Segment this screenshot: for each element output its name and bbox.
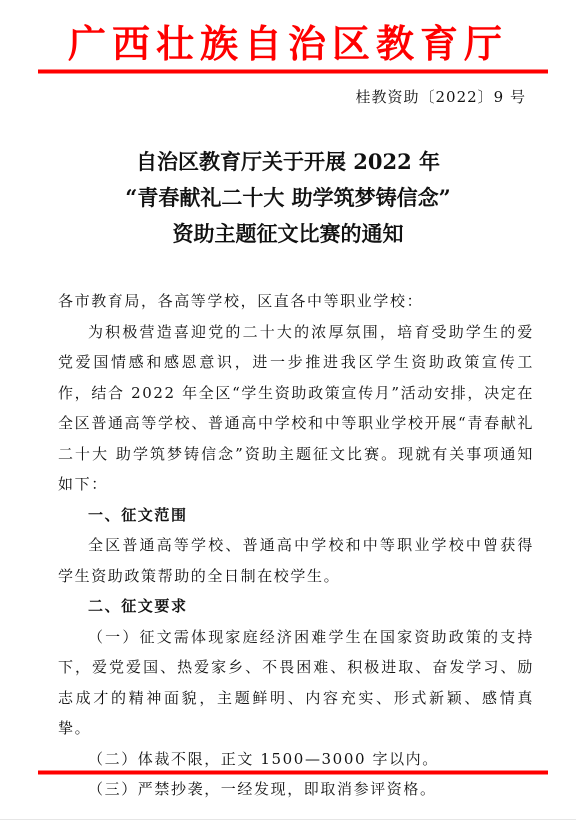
title-line-3: 资助主题征文比赛的通知: [0, 216, 576, 252]
requirement-item-3: （三）严禁抄袭，一经发现，即取消参评资格。: [58, 774, 534, 805]
masthead-title: 广西壮族自治区教育厅: [0, 20, 576, 68]
section-heading-requirements: 二、征文要求: [58, 591, 534, 622]
footer-red-rule: [38, 770, 548, 775]
addressee: 各市教育局，各高等学校，区直各中等职业学校：: [58, 286, 534, 317]
masthead-red-rule: [38, 69, 548, 74]
title-line-1: 自治区教育厅关于开展 2022 年: [0, 144, 576, 180]
section-heading-scope: 一、征文范围: [58, 500, 534, 531]
title-line-2: “青春献礼二十大 助学筑梦铸信念”: [0, 180, 576, 216]
scope-paragraph: 全区普通高等学校、普通高中学校和中等职业学校中曾获得学生资助政策帮助的全日制在校…: [58, 530, 534, 591]
document-title: 自治区教育厅关于开展 2022 年 “青春献礼二十大 助学筑梦铸信念” 资助主题…: [0, 144, 576, 252]
requirement-item-1: （一）征文需体现家庭经济困难学生在国家资助政策的支持下，爱党爱国、热爱家乡、不畏…: [58, 622, 534, 744]
document-number: 桂教资助〔2022〕9 号: [356, 86, 527, 107]
intro-paragraph: 为积极营造喜迎党的二十大的浓厚氛围，培育受助学生的爱党爱国情感和感恩意识，进一步…: [58, 317, 534, 500]
document-body: 各市教育局，各高等学校，区直各中等职业学校： 为积极营造喜迎党的二十大的浓厚氛围…: [58, 286, 534, 805]
